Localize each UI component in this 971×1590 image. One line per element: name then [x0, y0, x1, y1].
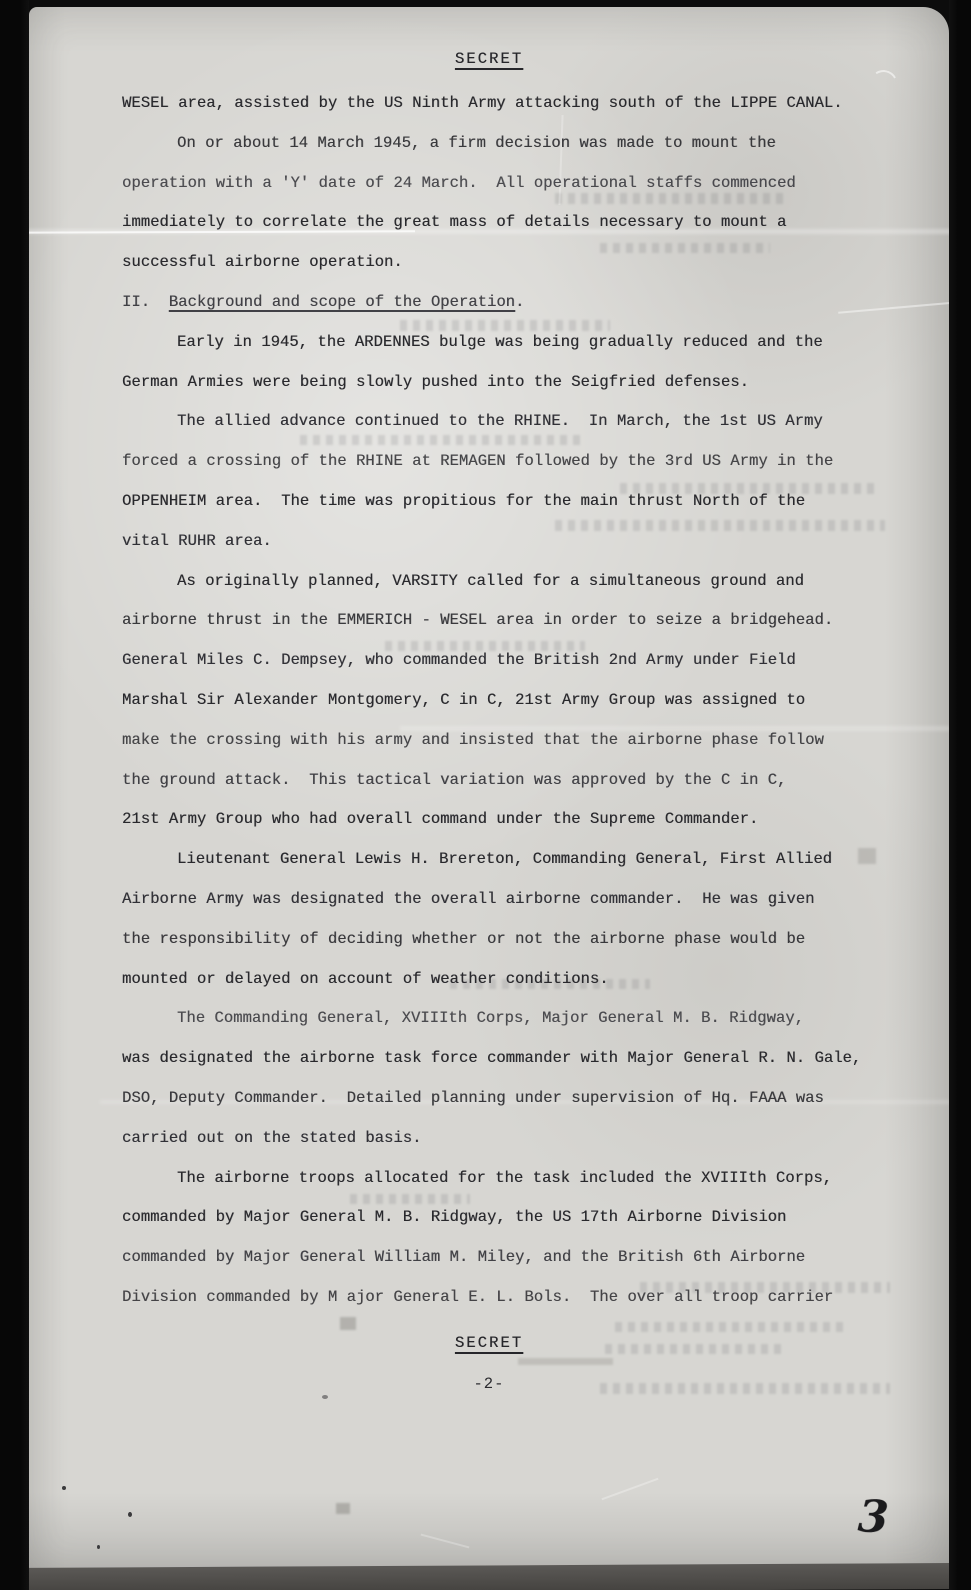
text-line: WESEL area, assisted by the US Ninth Arm…: [122, 84, 922, 124]
text-line: the ground attack. This tactical variati…: [122, 761, 922, 801]
line-text: carried out on the stated basis.: [122, 1129, 421, 1147]
line-text: German Armies were being slowly pushed i…: [122, 373, 749, 391]
line-text: The allied advance continued to the RHIN…: [177, 412, 823, 430]
text-line: make the crossing with his army and insi…: [122, 721, 922, 761]
line-text: Lieutenant General Lewis H. Brereton, Co…: [177, 850, 832, 868]
line-text: mounted or delayed on account of weather…: [122, 970, 609, 988]
smudge-mark: [340, 1317, 356, 1330]
text-line: airborne thrust in the EMMERICH - WESEL …: [122, 601, 922, 641]
text-line: vital RUHR area.: [122, 522, 922, 562]
text-line: DSO, Deputy Commander. Detailed planning…: [122, 1079, 922, 1119]
line-text: DSO, Deputy Commander. Detailed planning…: [122, 1089, 824, 1107]
text-line: Airborne Army was designated the overall…: [122, 880, 922, 920]
ink-speck: [128, 1512, 132, 1517]
text-line: The allied advance continued to the RHIN…: [122, 402, 922, 442]
scan-border-left: [0, 0, 29, 1590]
line-text: II. Background and scope of the Operatio…: [122, 293, 524, 311]
line-text: On or about 14 March 1945, a firm decisi…: [177, 134, 776, 152]
classification-header-text: SECRET: [455, 50, 523, 68]
line-text: As originally planned, VARSITY called fo…: [177, 572, 804, 590]
line-text: Division commanded by M ajor General E. …: [122, 1288, 833, 1306]
line-text: Airborne Army was designated the overall…: [122, 890, 814, 908]
line-text: The airborne troops allocated for the ta…: [177, 1169, 832, 1187]
text-line: the responsibility of deciding whether o…: [122, 920, 922, 960]
text-line: carried out on the stated basis.: [122, 1119, 922, 1159]
text-line: II. Background and scope of the Operatio…: [122, 283, 922, 323]
page-number: -2-: [29, 1375, 949, 1393]
scan-bottom-band: [0, 1563, 971, 1590]
scan-border-right: [949, 0, 971, 1590]
line-text: successful airborne operation.: [122, 253, 403, 271]
text-line: mounted or delayed on account of weather…: [122, 960, 922, 1000]
text-line: was designated the airborne task force c…: [122, 1039, 922, 1079]
line-text: was designated the airborne task force c…: [122, 1049, 861, 1067]
ink-speck: [97, 1545, 100, 1549]
line-text: Early in 1945, the ARDENNES bulge was be…: [177, 333, 823, 351]
classification-footer: SECRET: [29, 1334, 949, 1352]
line-text: the responsibility of deciding whether o…: [122, 930, 805, 948]
line-text: make the crossing with his army and insi…: [122, 731, 824, 749]
line-text: commanded by Major General M. B. Ridgway…: [122, 1208, 786, 1226]
line-text: The Commanding General, XVIIIth Corps, M…: [177, 1009, 804, 1027]
line-text: commanded by Major General William M. Mi…: [122, 1248, 805, 1266]
text-line: General Miles C. Dempsey, who commanded …: [122, 641, 922, 681]
text-line: commanded by Major General M. B. Ridgway…: [122, 1198, 922, 1238]
text-line: Marshal Sir Alexander Montgomery, C in C…: [122, 681, 922, 721]
text-line: Division commanded by M ajor General E. …: [122, 1278, 922, 1318]
text-line: forced a crossing of the RHINE at REMAGE…: [122, 442, 922, 482]
classification-footer-text: SECRET: [455, 1334, 523, 1352]
line-text: the ground attack. This tactical variati…: [122, 771, 786, 789]
text-line: operation with a 'Y' date of 24 March. A…: [122, 164, 922, 204]
document-body: WESEL area, assisted by the US Ninth Arm…: [122, 84, 922, 1318]
text-line: 21st Army Group who had overall command …: [122, 800, 922, 840]
line-text: WESEL area, assisted by the US Ninth Arm…: [122, 94, 843, 112]
text-line: The airborne troops allocated for the ta…: [122, 1159, 922, 1199]
text-line: Lieutenant General Lewis H. Brereton, Co…: [122, 840, 922, 880]
smudge-mark: [336, 1503, 350, 1514]
line-text: vital RUHR area.: [122, 532, 272, 550]
line-text: airborne thrust in the EMMERICH - WESEL …: [122, 611, 833, 629]
ink-speck: [322, 1395, 328, 1399]
text-line: On or about 14 March 1945, a firm decisi…: [122, 124, 922, 164]
text-line: German Armies were being slowly pushed i…: [122, 363, 922, 403]
line-text: General Miles C. Dempsey, who commanded …: [122, 651, 796, 669]
text-line: As originally planned, VARSITY called fo…: [122, 562, 922, 602]
text-line: The Commanding General, XVIIIth Corps, M…: [122, 999, 922, 1039]
bleed-through-mark: [615, 1322, 845, 1332]
text-line: Early in 1945, the ARDENNES bulge was be…: [122, 323, 922, 363]
text-line: immediately to correlate the great mass …: [122, 203, 922, 243]
line-text: 21st Army Group who had overall command …: [122, 810, 758, 828]
ink-speck: [62, 1486, 66, 1490]
line-text: OPPENHEIM area. The time was propitious …: [122, 492, 805, 510]
smudge-mark: [518, 1358, 613, 1365]
text-line: OPPENHEIM area. The time was propitious …: [122, 482, 922, 522]
line-text: immediately to correlate the great mass …: [122, 213, 786, 231]
text-line: successful airborne operation.: [122, 243, 922, 283]
line-text: forced a crossing of the RHINE at REMAGE…: [122, 452, 833, 470]
line-text: Marshal Sir Alexander Montgomery, C in C…: [122, 691, 805, 709]
line-text: operation with a 'Y' date of 24 March. A…: [122, 174, 796, 192]
classification-header: SECRET: [29, 50, 949, 68]
handwritten-page-number: 3: [857, 1491, 890, 1544]
text-line: commanded by Major General William M. Mi…: [122, 1238, 922, 1278]
